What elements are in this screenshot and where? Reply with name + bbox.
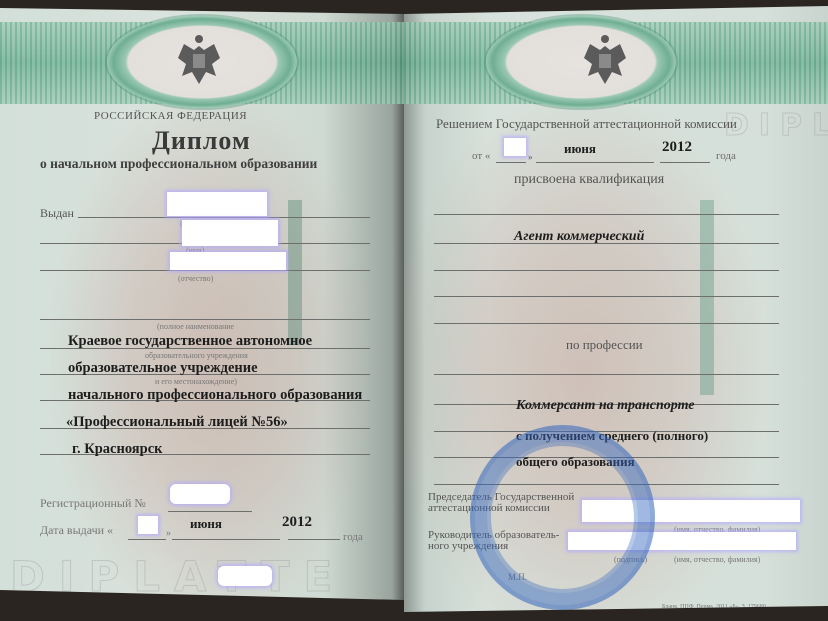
emblem-cartouche bbox=[486, 16, 676, 108]
institution-line-1: Краевое государственное автономное bbox=[68, 333, 312, 350]
security-strip bbox=[288, 200, 302, 345]
diploma-subtitle: о начальном профессиональном образовании bbox=[40, 156, 317, 172]
coat-of-arms-icon bbox=[582, 34, 628, 86]
institution-city: г. Красноярск bbox=[72, 441, 163, 458]
diploma-left-page: DIPLATTE РОССИЙСКАЯ ФЕДЕРАЦИЯ Диплом о н… bbox=[0, 0, 404, 621]
coat-of-arms-icon bbox=[176, 34, 222, 86]
printer-note: Бланк. ППФ, Пермь, 2011 «Б», З. 179680. bbox=[662, 604, 767, 610]
redacted-decision-day bbox=[504, 138, 526, 156]
watermark: DIPLATTE bbox=[724, 108, 828, 143]
redacted-surname bbox=[167, 192, 267, 216]
commission-decision: Решением Государственной аттестационной … bbox=[436, 116, 737, 132]
watermark: DIPLATTE bbox=[10, 552, 346, 601]
redacted-patronymic bbox=[170, 252, 286, 270]
issue-year: 2012 bbox=[282, 514, 312, 531]
official-seal-stamp bbox=[470, 425, 655, 610]
decision-month: июня bbox=[564, 141, 596, 157]
profession-value: Коммерсант на транспорте bbox=[516, 398, 695, 414]
redacted-issue-day bbox=[138, 516, 158, 534]
institution-line-3: начального профессионального образования bbox=[68, 387, 362, 404]
redacted-name bbox=[182, 220, 278, 246]
institution-line-2: образовательное учреждение bbox=[68, 360, 258, 377]
profession-label: по профессии bbox=[566, 337, 643, 353]
issue-date-label: Дата выдачи « bbox=[40, 523, 113, 538]
reg-number-label: Регистрационный № bbox=[40, 496, 146, 511]
country-label: РОССИЙСКАЯ ФЕДЕРАЦИЯ bbox=[94, 110, 247, 122]
decision-year: 2012 bbox=[662, 139, 692, 156]
institution-line-4: «Профессиональный лицей №56» bbox=[66, 414, 288, 431]
issue-month: июня bbox=[190, 516, 222, 532]
diploma-title: Диплом bbox=[152, 126, 251, 156]
qualification-label: присвоена квалификация bbox=[514, 172, 664, 188]
security-strip bbox=[700, 200, 714, 395]
redacted-reg-number bbox=[170, 484, 230, 504]
issued-label: Выдан bbox=[40, 206, 74, 221]
redacted-footer bbox=[218, 566, 272, 586]
